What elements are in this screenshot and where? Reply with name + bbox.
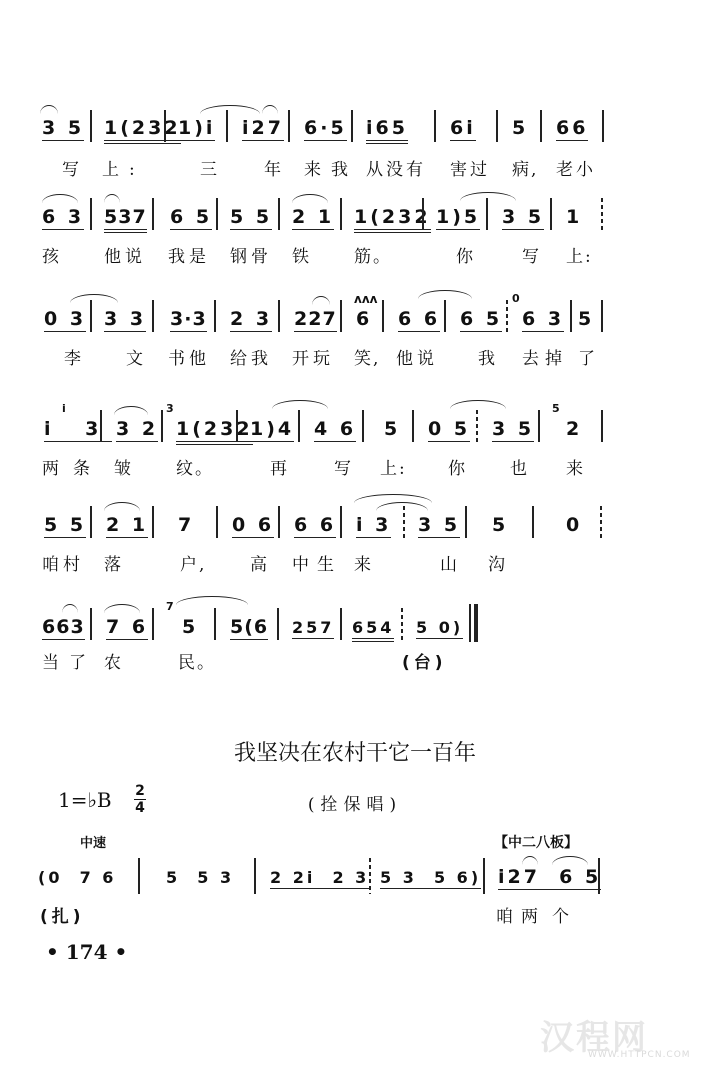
measure: 6 bbox=[356, 308, 372, 330]
grace-note: 7 bbox=[166, 602, 174, 612]
slur bbox=[376, 502, 428, 511]
barline bbox=[340, 198, 342, 230]
measure: 0 3 bbox=[44, 308, 86, 332]
measure: 1)i bbox=[178, 117, 215, 141]
barline bbox=[496, 110, 498, 142]
barline bbox=[476, 410, 478, 442]
measure: 2 3 bbox=[230, 308, 272, 332]
lyric: 我 bbox=[478, 344, 505, 369]
barline bbox=[340, 506, 342, 538]
lyric: 年 bbox=[264, 155, 291, 180]
lyric: 来 bbox=[566, 454, 593, 479]
lyric: 李 bbox=[64, 344, 91, 369]
measure: 5 bbox=[512, 117, 528, 139]
barline bbox=[550, 198, 552, 230]
barline bbox=[598, 858, 600, 894]
barline bbox=[465, 506, 467, 538]
slur bbox=[104, 502, 140, 511]
measure: 1(232 bbox=[104, 117, 181, 144]
measure: (0 7 6 bbox=[38, 868, 116, 887]
lyric: 病, bbox=[512, 155, 538, 180]
lyric: 写 bbox=[62, 155, 89, 180]
barline bbox=[382, 300, 384, 332]
measure: 3 5 bbox=[502, 206, 544, 230]
barline bbox=[570, 300, 572, 332]
measure: 6 6 bbox=[294, 514, 336, 538]
barline bbox=[401, 608, 403, 640]
barline bbox=[601, 300, 603, 332]
section-label: 【中二八板】 bbox=[494, 832, 578, 852]
measure: 5 5 3 bbox=[166, 868, 234, 887]
lyric: 农 bbox=[104, 648, 131, 673]
measure: i 3 bbox=[44, 418, 112, 442]
lyric: 来 bbox=[354, 550, 381, 575]
slur bbox=[418, 290, 472, 299]
measure: i65 bbox=[366, 117, 408, 144]
measure: 3·3 bbox=[170, 308, 207, 332]
song-title: 我坚决在农村干它一百年 bbox=[0, 736, 710, 767]
lyric: 纹。 bbox=[176, 454, 214, 479]
barline bbox=[600, 506, 602, 538]
lyric: 来我 bbox=[304, 155, 358, 180]
slur bbox=[104, 604, 140, 613]
measure: 5 bbox=[384, 418, 400, 440]
barline bbox=[602, 110, 604, 142]
lyric: 孩 bbox=[42, 242, 69, 267]
barline bbox=[278, 300, 280, 332]
measure: i27 6 5 bbox=[498, 866, 601, 890]
barline bbox=[469, 604, 471, 642]
slur bbox=[104, 194, 120, 203]
slur bbox=[552, 856, 588, 865]
barline bbox=[214, 300, 216, 332]
measure: 0 5 bbox=[428, 418, 470, 442]
lyric: 咱两 bbox=[496, 902, 546, 927]
lyric: 也 bbox=[510, 454, 537, 479]
time-signature: 2 4 bbox=[134, 784, 146, 815]
measure: 654 bbox=[352, 618, 394, 642]
slur bbox=[272, 400, 328, 409]
measure: 3 5 bbox=[42, 117, 84, 141]
lyric: 开玩 bbox=[292, 344, 334, 369]
barline bbox=[422, 198, 424, 230]
slur bbox=[262, 105, 278, 114]
lyric: 他说 bbox=[396, 344, 438, 369]
measure: 6 3 bbox=[522, 308, 564, 332]
notation-system-4: i i 3 3 2 3 1(232 1)4 4 6 5 0 5 3 5 5 2 … bbox=[0, 392, 710, 492]
measure: 0 6 bbox=[232, 514, 274, 538]
measure: 257 bbox=[292, 618, 334, 639]
lyric: 写 bbox=[334, 454, 361, 479]
lyric: 皱 bbox=[114, 454, 141, 479]
barline bbox=[403, 506, 405, 538]
lyric: 上: bbox=[380, 454, 407, 479]
measure: 5 3 5 6) bbox=[380, 868, 481, 889]
measure: 6 6 bbox=[398, 308, 440, 332]
barline bbox=[152, 506, 154, 538]
lyric: 你 bbox=[448, 454, 475, 479]
barline bbox=[214, 608, 216, 640]
lyric: 高 bbox=[250, 550, 277, 575]
lyric: (扎) bbox=[40, 902, 85, 927]
measure: 6 3 bbox=[42, 206, 84, 230]
lyric: 去掉 bbox=[522, 344, 568, 369]
notation-system-1: 3 5 1(232 1)i i27 6·5 i65 6i 5 66 写 上: 三… bbox=[0, 95, 710, 185]
key-signature: 1=♭B bbox=[58, 788, 112, 812]
grace-note: i bbox=[62, 404, 66, 414]
grace-note: 5 bbox=[552, 404, 560, 414]
barline bbox=[369, 858, 371, 894]
barline bbox=[90, 506, 92, 538]
lyric: 他说 bbox=[104, 242, 146, 267]
measure: 6 5 bbox=[170, 206, 212, 230]
lyric: 上: bbox=[566, 242, 593, 267]
lyric: 筋。 bbox=[354, 242, 392, 267]
grace-note: 3 bbox=[166, 404, 174, 414]
lyric: 个 bbox=[552, 902, 579, 927]
measure: 5 bbox=[492, 514, 508, 536]
barline bbox=[288, 110, 290, 142]
measure: 6i bbox=[450, 117, 476, 141]
barline bbox=[540, 110, 542, 142]
barline bbox=[278, 198, 280, 230]
lyric: 你 bbox=[456, 242, 483, 267]
measure: 2 bbox=[566, 418, 582, 440]
lyric: 文 bbox=[126, 344, 153, 369]
lyric: 我是 bbox=[168, 242, 210, 267]
lyric: 户, bbox=[180, 550, 206, 575]
barline bbox=[351, 110, 353, 142]
measure: 5 5 bbox=[44, 514, 86, 538]
measure: 5 0) bbox=[416, 618, 463, 639]
lyric: 老小 bbox=[556, 155, 596, 180]
grace-note: 0 bbox=[512, 294, 520, 304]
barline bbox=[486, 198, 488, 230]
measure: 227 bbox=[294, 308, 337, 332]
lyric: 咱村 bbox=[42, 550, 84, 575]
measure: 2 1 bbox=[292, 206, 334, 230]
tempo-marking: 中速 bbox=[80, 832, 106, 851]
lyric: 害过 bbox=[450, 155, 490, 180]
lyric: 沟 bbox=[488, 550, 515, 575]
barline bbox=[226, 110, 228, 142]
measure: 5 bbox=[182, 616, 198, 638]
lyric: 落 bbox=[104, 550, 131, 575]
measure: 663 bbox=[42, 616, 85, 640]
measure: 1 bbox=[566, 206, 582, 228]
time-signature-top: 2 bbox=[134, 784, 146, 798]
barline bbox=[412, 410, 414, 442]
slur bbox=[200, 105, 260, 114]
barline bbox=[152, 300, 154, 332]
measure: 1)4 bbox=[250, 418, 294, 442]
barline bbox=[90, 110, 92, 142]
time-signature-bottom: 4 bbox=[134, 801, 146, 815]
slur bbox=[450, 400, 506, 409]
lyric: 中生 bbox=[292, 550, 342, 575]
lyric: 写 bbox=[522, 242, 549, 267]
lyric: 给我 bbox=[230, 344, 272, 369]
barline bbox=[362, 410, 364, 442]
lyric: 民。 bbox=[178, 648, 216, 673]
slur bbox=[176, 596, 248, 605]
lyric: 了 bbox=[578, 344, 605, 369]
slur bbox=[114, 406, 148, 415]
trill-mark: ʌʌʌ bbox=[354, 294, 377, 304]
barline bbox=[236, 410, 238, 442]
notation-system-5: 5 5 2 1 7 0 6 6 6 i 3 3 5 5 0 咱村 落 户, 高 … bbox=[0, 488, 710, 583]
barline bbox=[538, 410, 540, 442]
measure: 1(232 bbox=[176, 418, 253, 445]
slur bbox=[42, 194, 78, 203]
barline bbox=[90, 198, 92, 230]
lyric: 两条 bbox=[42, 454, 104, 479]
measure: 6 5 bbox=[460, 308, 502, 332]
final-barline bbox=[474, 604, 478, 642]
lyric: 钢骨 bbox=[230, 242, 272, 267]
barline bbox=[506, 300, 508, 332]
measure: 3 5 bbox=[418, 514, 460, 538]
slur bbox=[62, 604, 78, 613]
lyric: 笑, bbox=[354, 344, 380, 369]
barline bbox=[216, 506, 218, 538]
barline bbox=[444, 300, 446, 332]
slur bbox=[522, 856, 538, 865]
barline bbox=[152, 198, 154, 230]
barline bbox=[90, 608, 92, 640]
barline bbox=[434, 110, 436, 142]
measure: 537 bbox=[104, 206, 147, 233]
measure: 3 3 bbox=[104, 308, 146, 332]
barline bbox=[277, 608, 279, 640]
lyric: 当了 bbox=[42, 648, 96, 673]
measure: 4 6 bbox=[314, 418, 356, 442]
measure: 2 2i 2 3 bbox=[270, 868, 369, 889]
page-number: • 174 • bbox=[46, 940, 127, 964]
notation-system-2: 6 3 537 6 5 5 5 2 1 1(232 1)5 3 5 1 孩 他说… bbox=[0, 180, 710, 270]
barline bbox=[340, 300, 342, 332]
measure: 7 6 bbox=[106, 616, 148, 640]
lyric: 从没有 bbox=[366, 155, 426, 180]
barline bbox=[254, 858, 256, 894]
lyric: 书他 bbox=[168, 344, 210, 369]
slur bbox=[70, 294, 118, 303]
barline bbox=[483, 858, 485, 894]
measure: 5 5 bbox=[230, 206, 272, 230]
measure: 1)5 bbox=[436, 206, 480, 230]
measure: 1(232 bbox=[354, 206, 431, 233]
barline bbox=[90, 300, 92, 332]
measure: 0 bbox=[566, 514, 582, 536]
measure: i 3 bbox=[356, 514, 391, 538]
barline bbox=[161, 410, 163, 442]
slur bbox=[292, 194, 328, 203]
barline bbox=[164, 110, 166, 142]
lyric: 再 bbox=[270, 454, 297, 479]
measure: 7 bbox=[178, 514, 194, 536]
notation-system-7: 中速 【中二八板】 (0 7 6 5 5 3 2 2i 2 3 5 3 5 6)… bbox=[0, 828, 710, 928]
watermark-url: WWW.HTTPCN.COM bbox=[588, 1050, 691, 1060]
measure: i27 bbox=[242, 117, 284, 141]
slur bbox=[40, 105, 58, 114]
annotation: (台) bbox=[402, 648, 447, 673]
measure: 5 bbox=[578, 308, 594, 330]
notation-system-6: 663 7 6 7 5 5(6 257 654 5 0) 当了 农 民。 (台) bbox=[0, 590, 710, 680]
barline bbox=[216, 198, 218, 230]
barline bbox=[100, 410, 102, 442]
measure: 3 2 bbox=[116, 418, 158, 442]
measure: 66 bbox=[556, 117, 588, 141]
lyric: 上: bbox=[102, 155, 145, 180]
barline bbox=[532, 506, 534, 538]
notation-system-3: 0 3 3 3 3·3 2 3 227 ʌʌʌ 6 6 6 6 5 0 6 3 … bbox=[0, 282, 710, 382]
barline bbox=[138, 858, 140, 894]
measure: 2 1 bbox=[106, 514, 148, 538]
barline bbox=[152, 608, 154, 640]
slur bbox=[312, 296, 330, 305]
measure: 6·5 bbox=[304, 117, 347, 141]
lyric: 铁 bbox=[292, 242, 319, 267]
measure: 3 5 bbox=[492, 418, 534, 442]
barline bbox=[298, 410, 300, 442]
barline bbox=[601, 410, 603, 442]
lyric: 三 bbox=[200, 155, 227, 180]
barline bbox=[340, 608, 342, 640]
slur bbox=[460, 192, 516, 201]
barline bbox=[278, 506, 280, 538]
lyric: 山 bbox=[440, 550, 467, 575]
measure: 5(6 bbox=[230, 616, 268, 640]
barline bbox=[601, 198, 603, 230]
